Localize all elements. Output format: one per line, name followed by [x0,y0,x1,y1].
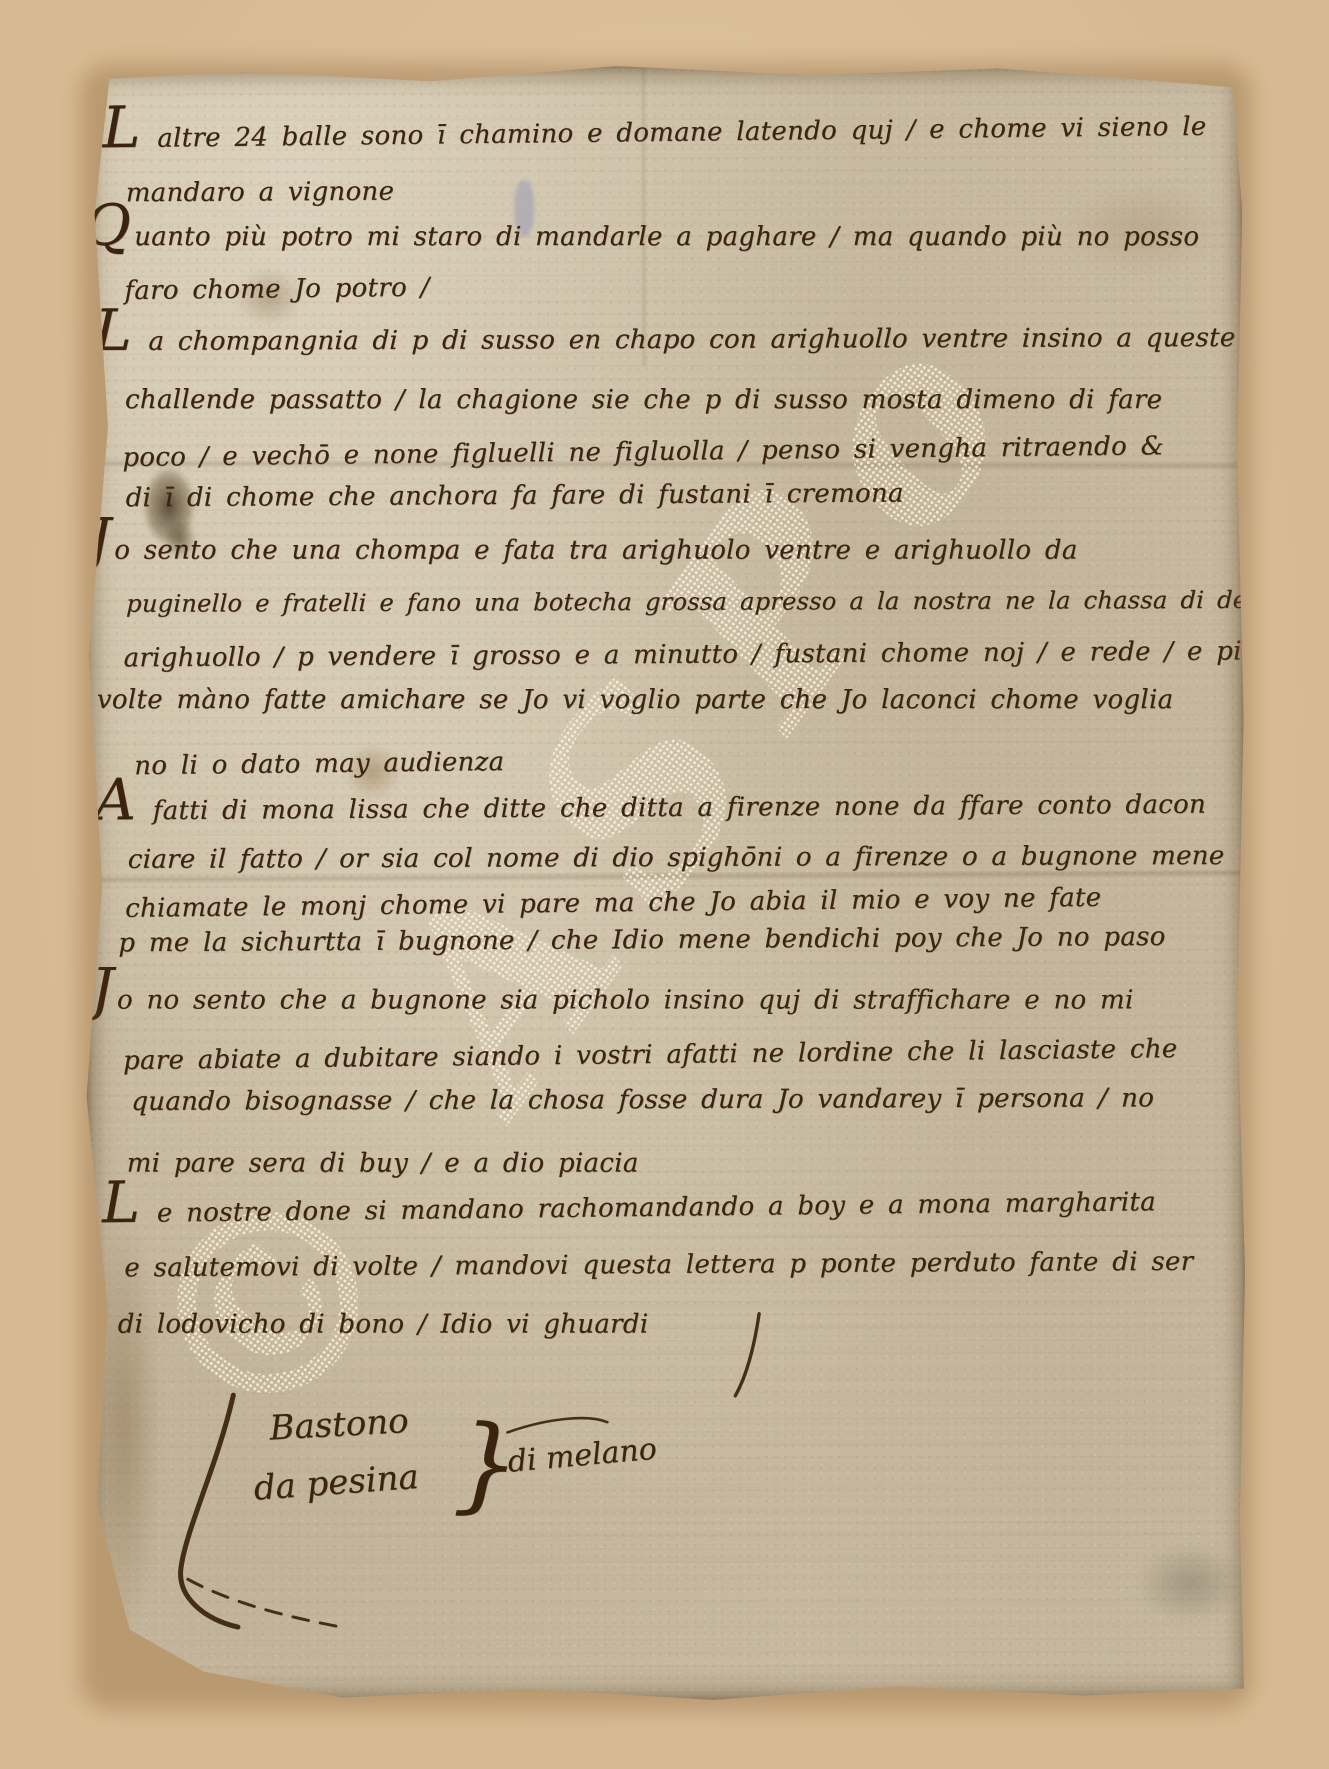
handwritten-line: e salutemovi di volte / mandovi questa l… [124,1247,1193,1284]
handwritten-line: pare abiate a dubitare siando i vostri a… [123,1034,1178,1076]
handwritten-line: Jo sento che una chompa e fata tra arigh… [88,535,1078,565]
handwritten-line: chiamate le monj chome vi pare ma che Jo… [125,883,1102,924]
handwritten-line: quando bisognasse / che la chosa fosse d… [131,1083,1155,1117]
handwritten-line: Quanto più potro mi staro di mandarle a … [84,222,1199,252]
photo-background: { "manuscript": { "kind": "handwritten m… [0,0,1329,1769]
handwritten-line: L altre 24 balle sono ī chamino e domane… [102,112,1206,155]
handwritten-line: di ī di chome che anchora fa fare di fus… [126,479,904,514]
handwritten-line: A fatti di mona lissa che ditte che ditt… [94,790,1206,827]
handwritten-line: arighuollo / p vendere ī grosso e a minu… [124,636,1247,673]
manuscript-page: © ASPo L altre 24 balle sono ī chamino e… [84,64,1246,1701]
handwritten-line: volte màno fatte amichare se Jo vi vogli… [97,685,1174,715]
handwritten-line: di lodovicho di bono / Idio vi ghuardi [118,1310,649,1340]
handwritten-line: L e nostre done si mandano rachomandando… [102,1187,1156,1229]
handwritten-line: ciare il fatto / or sia col nome di dio … [127,841,1225,875]
signature-name-line1: Bastono [268,1401,409,1449]
handwritten-line: L a chompangnia di p di susso en chapo c… [93,323,1236,357]
handwritten-line: mandaro a vignone [126,177,395,209]
letter-body: L altre 24 balle sono ī chamino e domane… [84,64,1246,1701]
handwritten-line: p me la sichurtta ī bugnone / che Idio m… [118,922,1166,958]
handwritten-line: Jo no sento che a bugnone sia picholo in… [91,985,1134,1015]
handwritten-line: poco / e vechō e none figluelli ne figlu… [122,431,1164,473]
handwritten-line: puginello e fratelli e fano una botecha … [126,586,1246,618]
handwritten-line: faro chome Jo potro / [124,273,430,306]
handwritten-line: mi pare sera di buy / e a dio piacia [127,1149,639,1179]
manuscript-photo: © ASPo L altre 24 balle sono ī chamino e… [0,0,1329,1769]
handwritten-line: no li o dato may audienza [134,747,504,781]
handwritten-line: challende passatto / la chagione sie che… [125,385,1162,415]
